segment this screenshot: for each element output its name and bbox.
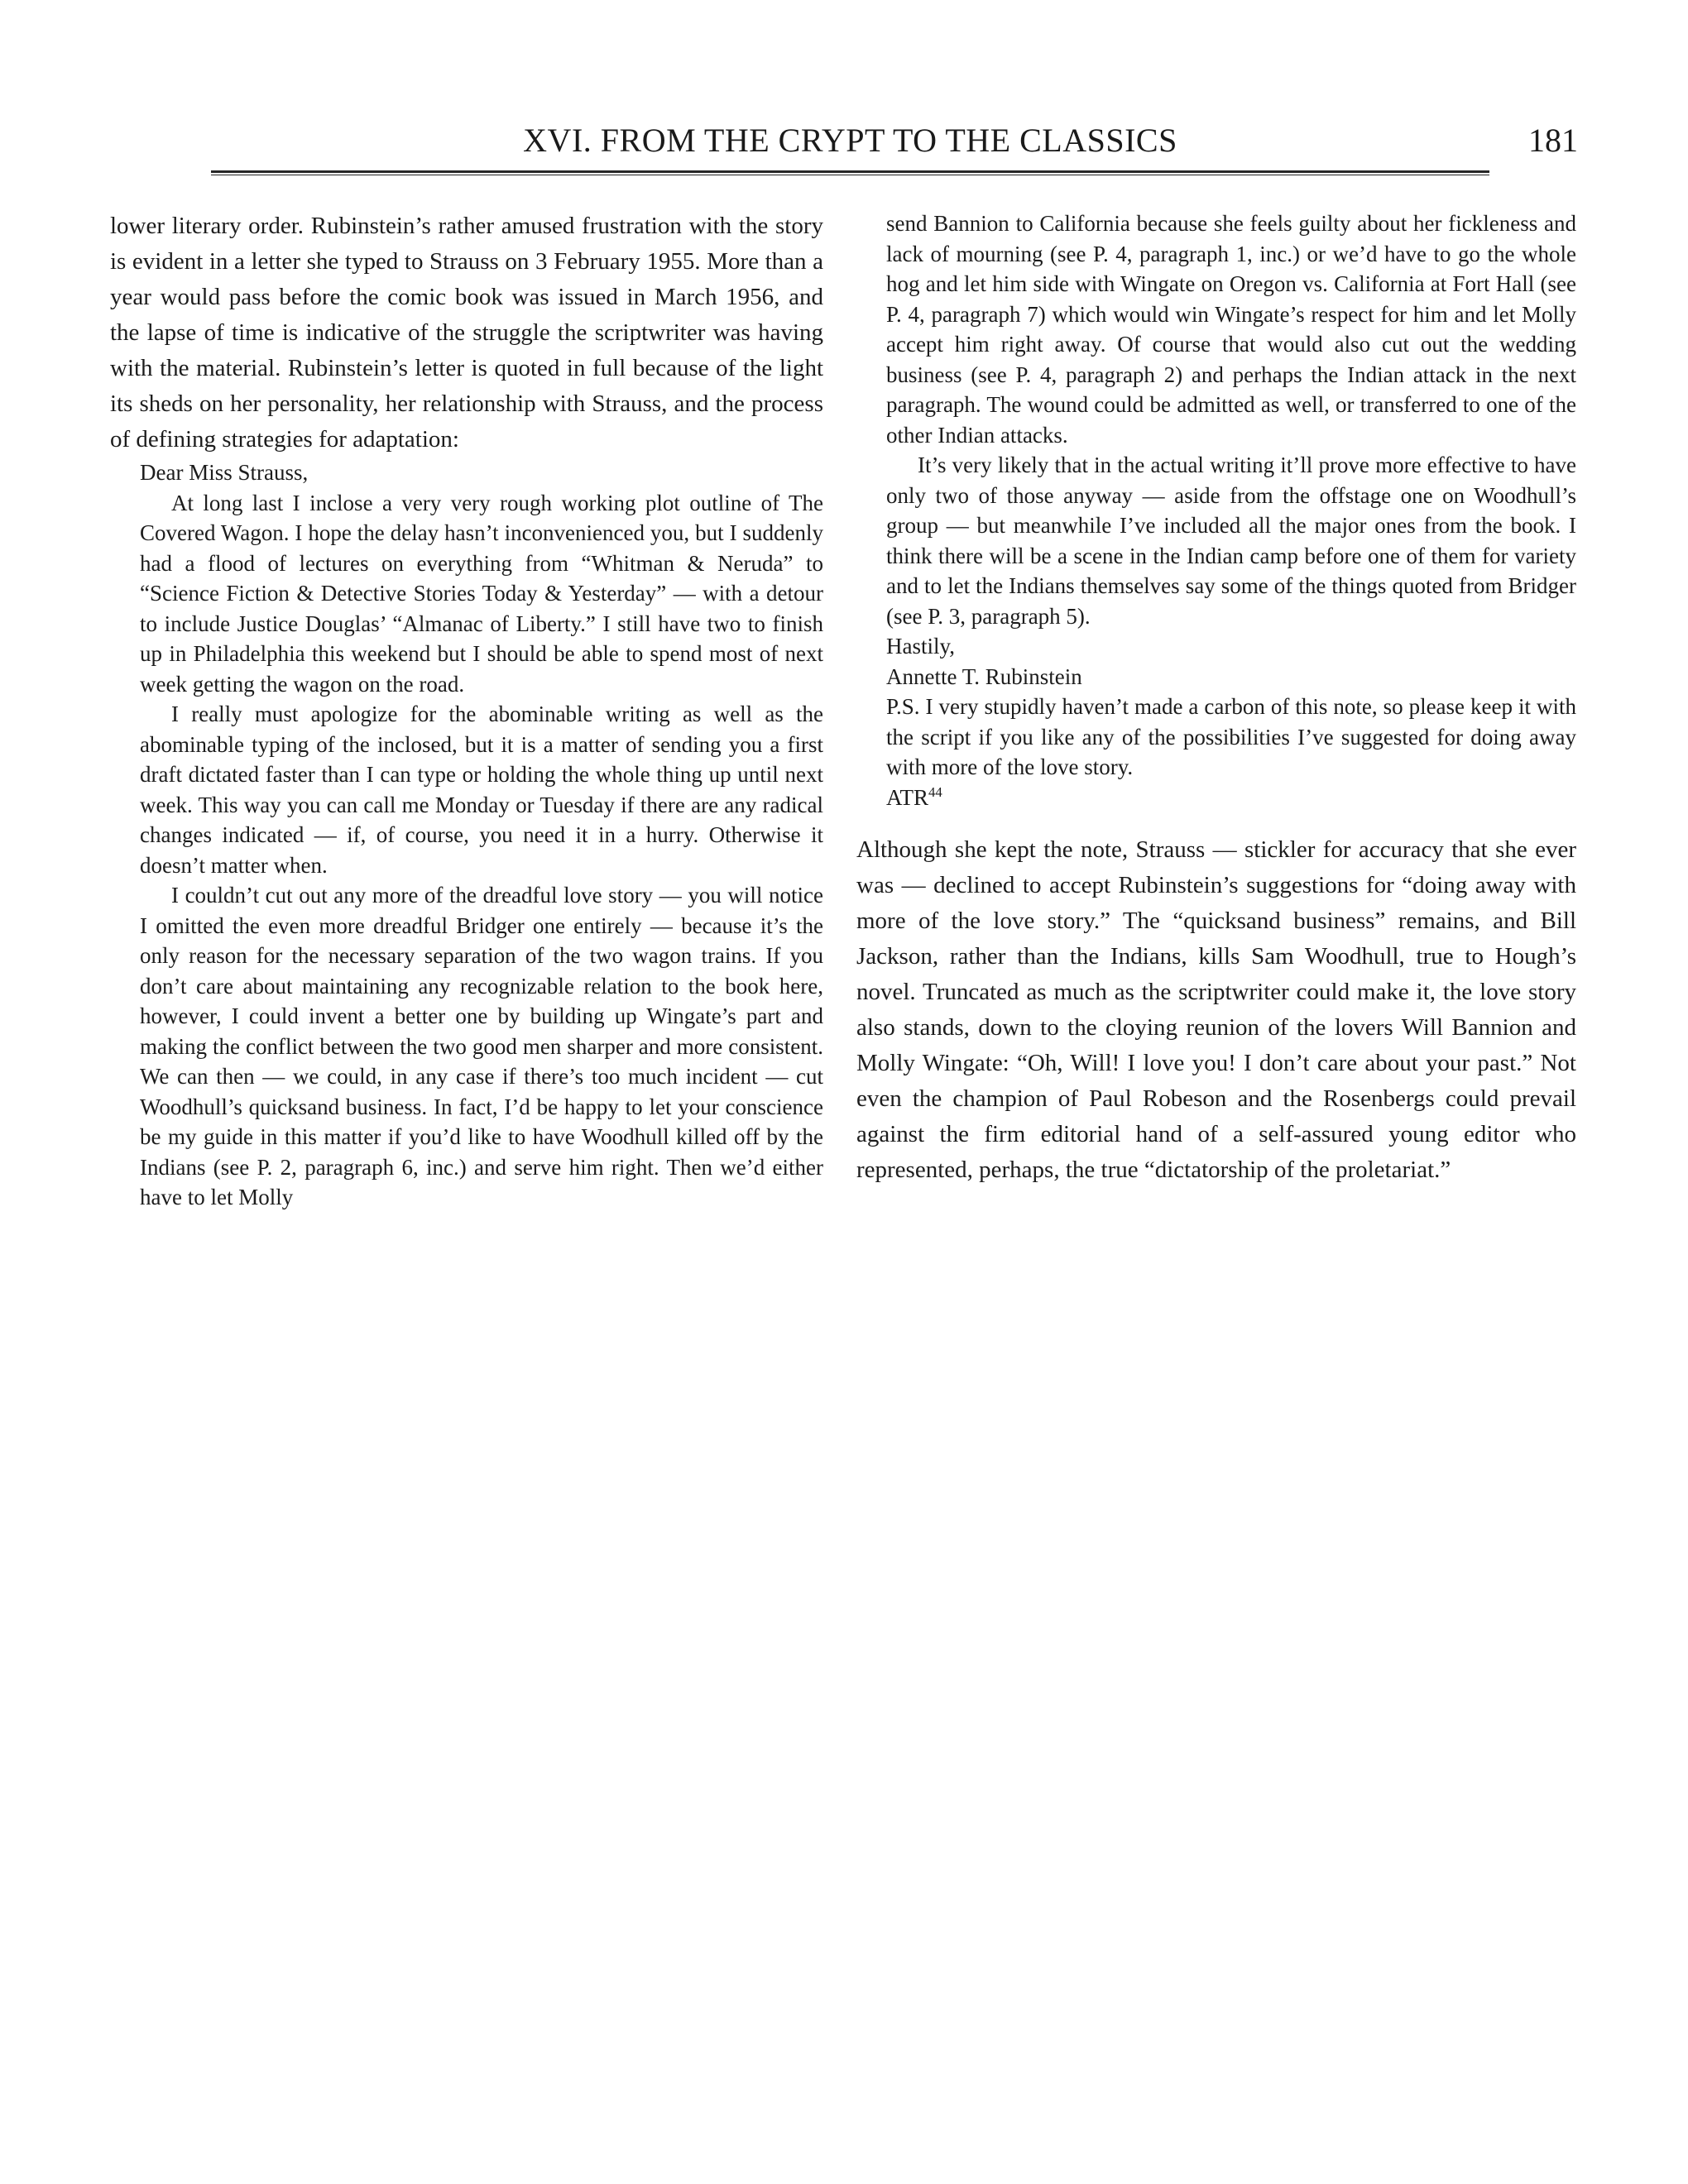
letter-signature: Annette T. Rubinstein [886,662,1576,692]
book-page: XVI. FROM THE CRYPT TO THE CLASSICS 181 … [0,0,1688,2184]
chapter-title: XVI. FROM THE CRYPT TO THE CLASSICS [211,122,1489,159]
page-header: XVI. FROM THE CRYPT TO THE CLASSICS 181 [0,122,1688,175]
letter-paragraph: At long last I inclose a very very rough… [140,488,823,700]
page-number: 181 [1528,122,1578,159]
letter-quote-continuation: send Bannion to California because she f… [886,208,1576,812]
letter-continuation-paragraph: send Bannion to California because she f… [886,208,1576,450]
postscript-initials-line: ATR44 [886,783,1576,813]
letter-postscript: P.S. I very stupidly haven’t made a carb… [886,692,1576,783]
postscript-initials: ATR [886,785,928,810]
right-column: send Bannion to California because she f… [856,208,1576,1213]
text-columns: lower literary order. Rubinstein’s rathe… [110,208,1576,1213]
letter-paragraph: I really must apologize for the abominab… [140,699,823,880]
closing-paragraph: Although she kept the note, Strauss — st… [856,832,1576,1188]
footnote-reference: 44 [928,784,942,800]
intro-paragraph: lower literary order. Rubinstein’s rathe… [110,208,823,457]
left-column: lower literary order. Rubinstein’s rathe… [110,208,823,1213]
letter-paragraph: I couldn’t cut out any more of the dread… [140,880,823,1213]
letter-quote-block: Dear Miss Strauss, At long last I inclos… [140,457,823,1213]
letter-valediction: Hastily, [886,631,1576,662]
header-rule [211,170,1489,175]
letter-salutation: Dear Miss Strauss, [140,457,823,488]
letter-paragraph: It’s very likely that in the actual writ… [886,450,1576,631]
